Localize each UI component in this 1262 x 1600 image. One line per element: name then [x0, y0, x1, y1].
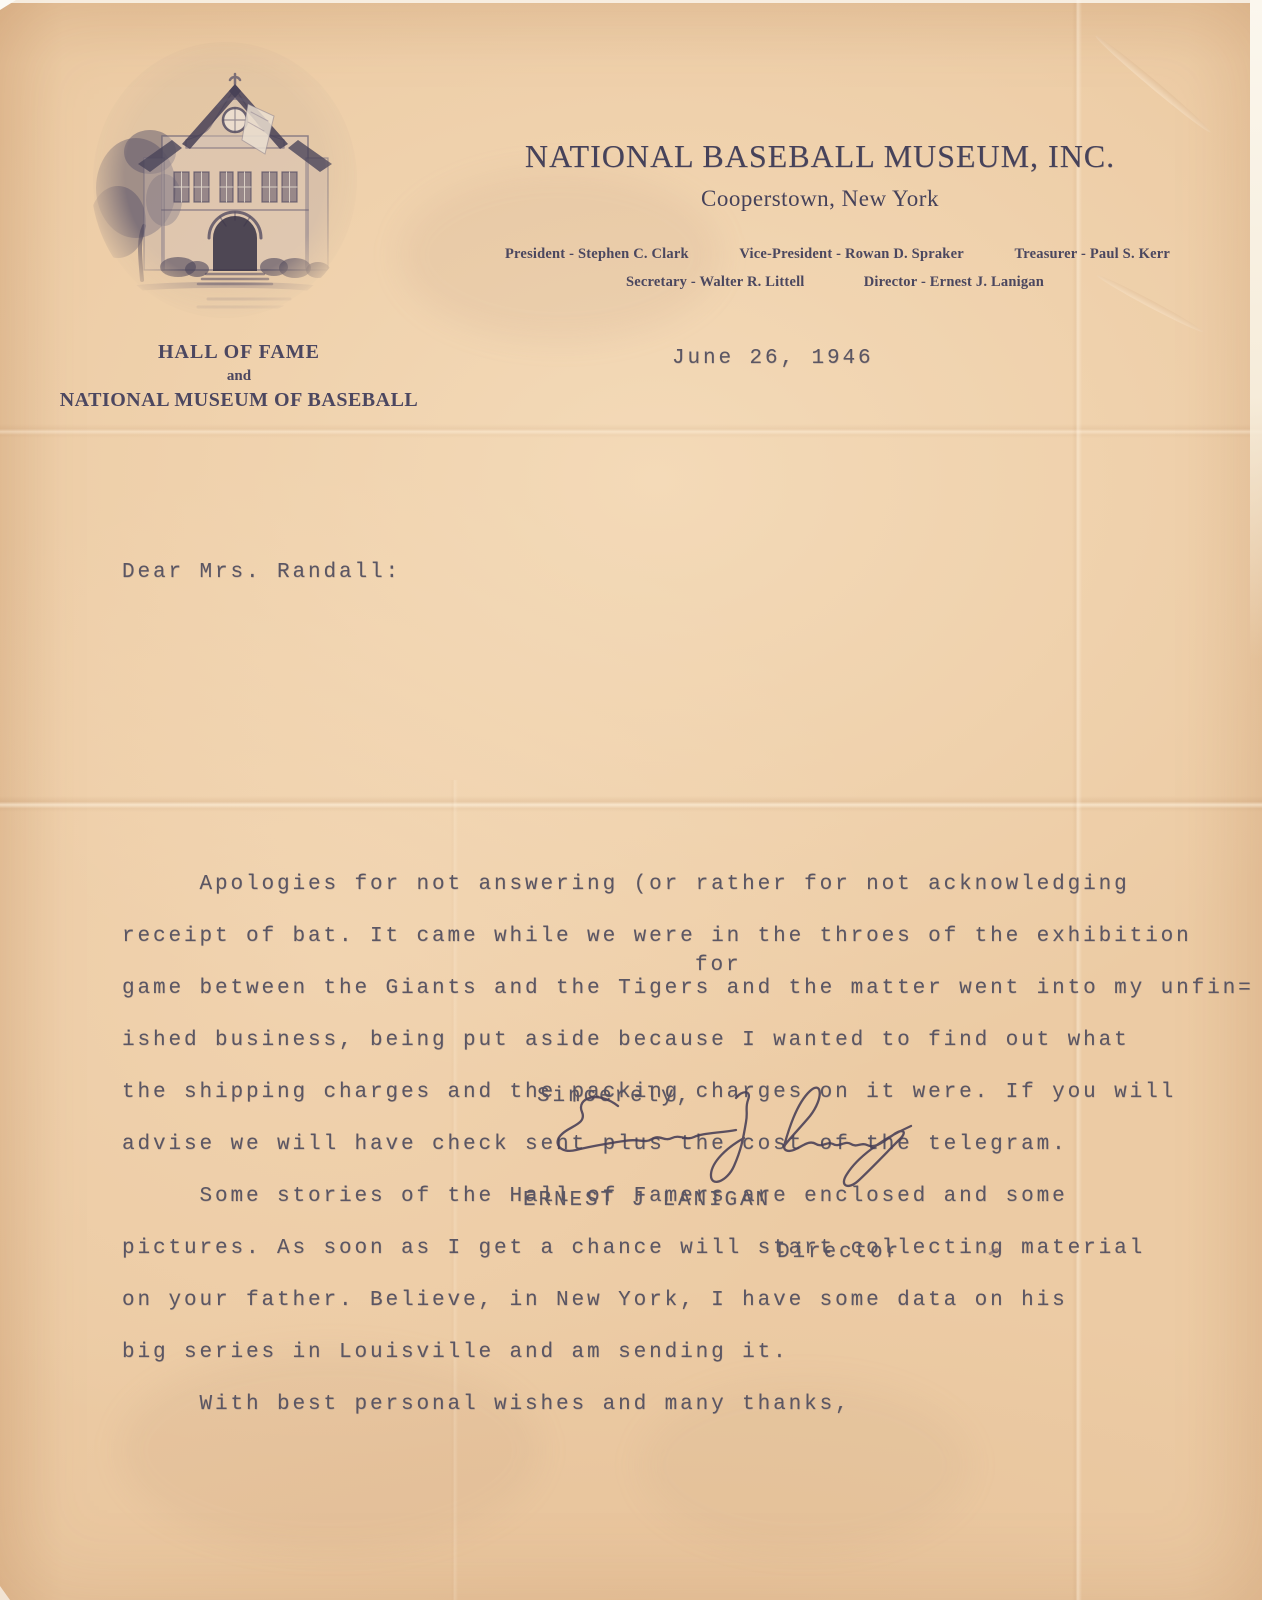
org-location: Cooperstown, New York — [440, 187, 1200, 210]
letter-page: NATIONAL BASEBALL MUSEUM, INC. Coopersto… — [0, 0, 1262, 1600]
body-line: With best personal wishes and many thank… — [122, 1379, 1262, 1431]
interline-insertion: for — [695, 953, 742, 978]
officers-line-2: Secretary - Walter R. LittellDirector - … — [626, 274, 1044, 291]
org-name: NATIONAL BASEBALL MUSEUM, INC. — [440, 140, 1200, 172]
body-lines: Apologies for not answering (or rather f… — [122, 703, 1262, 1431]
body-line: game between the Giants and the Tigers a… — [122, 963, 1262, 1015]
officer-entry: President - Stephen C. Clark — [505, 246, 689, 263]
emblem-caption-line2: and — [55, 369, 423, 384]
building-engraving-svg — [90, 40, 360, 325]
body-line: ished business, being put aside because … — [122, 1015, 1262, 1067]
officer-entry: Vice-President - Rowan D. Spraker — [739, 246, 963, 263]
body-line: pictures. As soon as I get a chance will… — [122, 1223, 1262, 1275]
body-line: on your father. Believe, in New York, I … — [122, 1275, 1262, 1327]
emblem-caption-line3: NATIONAL MUSEUM OF BASEBALL — [55, 390, 423, 410]
letterhead-header: NATIONAL BASEBALL MUSEUM, INC. Coopersto… — [440, 140, 1200, 210]
hall-of-fame-building-illustration — [90, 40, 360, 325]
body-line: receipt of bat. It came while we were in… — [122, 911, 1262, 963]
letter-body: Dear Mrs. Randall: Apologies for not ans… — [122, 443, 1262, 1535]
body-line: big series in Louisville and am sending … — [122, 1327, 1262, 1379]
scan-edge — [0, 0, 1262, 3]
officer-entry: Treasurer - Paul S. Kerr — [1014, 246, 1170, 263]
officers-line-1: President - Stephen C. ClarkVice-Preside… — [505, 246, 1170, 263]
signature-svg — [540, 1078, 920, 1203]
salutation: Dear Mrs. Randall: — [122, 547, 1262, 599]
officer-entry: Secretary - Walter R. Littell — [626, 274, 805, 291]
signer-title: Director — [777, 1240, 901, 1265]
officer-entry: Director - Ernest J. Lanigan — [864, 274, 1044, 291]
letter-date: June 26, 1946 — [672, 346, 874, 371]
emblem-caption-line1: HALL OF FAME — [55, 342, 423, 362]
body-line: Apologies for not answering (or rather f… — [122, 859, 1262, 911]
emblem-caption: HALL OF FAME and NATIONAL MUSEUM OF BASE… — [55, 342, 423, 410]
typed-signer-name: ERNEST J LANIGAN — [523, 1188, 771, 1213]
